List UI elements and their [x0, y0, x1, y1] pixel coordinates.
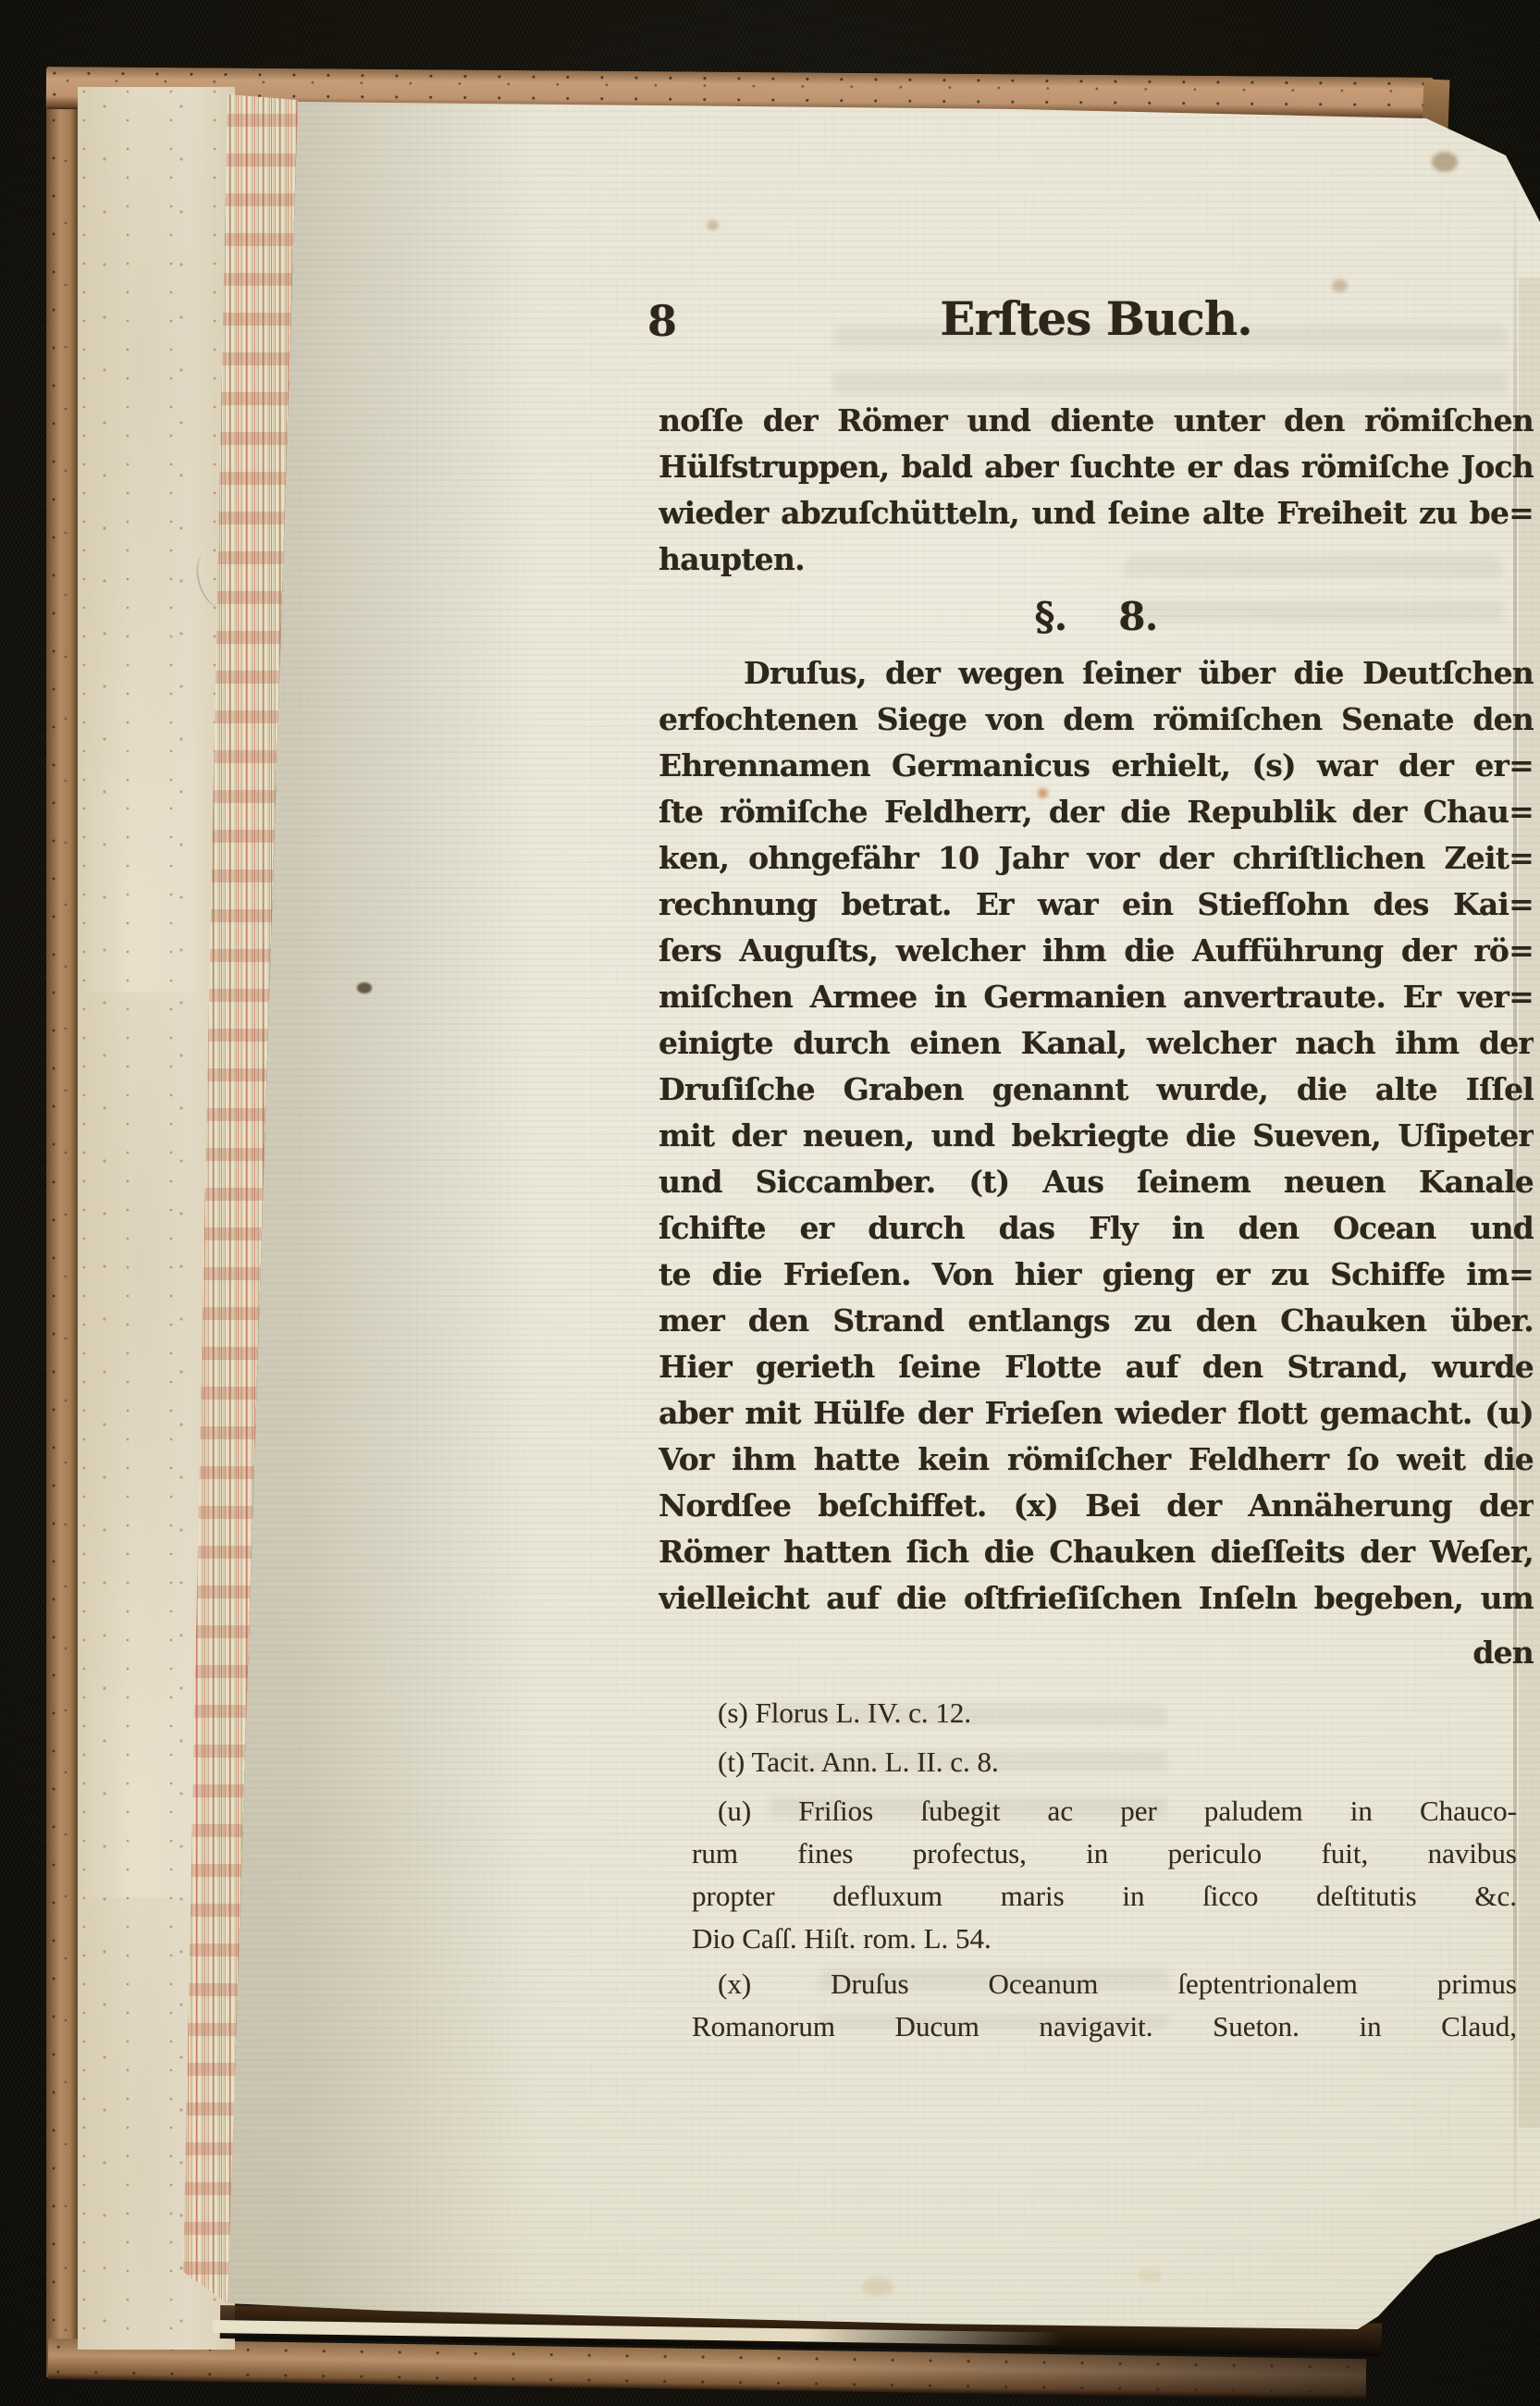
footnote-line: Romanorum Ducum navigavit. Sueton. in Cl… [692, 2005, 1517, 2048]
ink-fleck [357, 982, 372, 993]
book-scan: 8 Erſtes Buch. noſſe der Römer und dient… [0, 0, 1540, 2406]
footnote-line: propter defluxum maris in ſicco deſtitut… [692, 1875, 1517, 1918]
book-cover-left-edge [46, 72, 80, 2377]
footnote-line: (s) Florus L. IV. c. 12. [692, 1692, 1517, 1734]
footnotes: (s) Florus L. IV. c. 12. (t) Tacit. Ann.… [692, 0, 1517, 2406]
footnote-line: (t) Tacit. Ann. L. II. c. 8. [692, 1741, 1517, 1783]
footnote-line: (x) Druſus Oceanum ſeptentrionalem primu… [692, 1963, 1517, 2005]
footnote-line: (u) Friſios ſubegit ac per paludem in Ch… [692, 1790, 1517, 1832]
footnote-line: rum fines profectus, in periculo fuit, n… [692, 1832, 1517, 1875]
footnote-line: Dio Caſſ. Hiſt. rom. L. 54. [692, 1918, 1517, 1960]
